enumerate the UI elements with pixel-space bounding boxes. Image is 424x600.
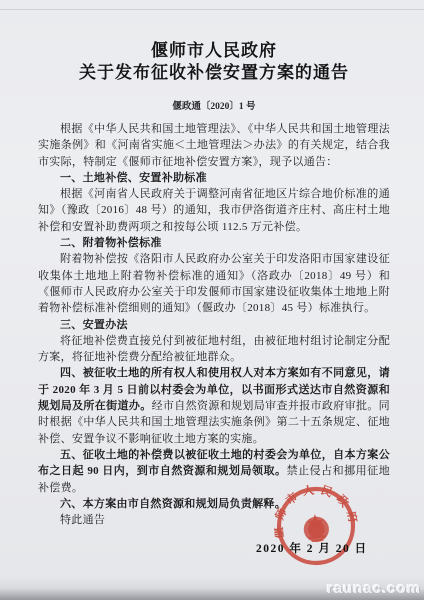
title-line-2: 关于发布征收补偿安置方案的通告	[38, 62, 390, 84]
paragraph-text: 将征地补偿费直接兑付到被征地村组，由被征地村组讨论制定分配方案，将征地补偿费分配…	[38, 335, 390, 363]
seal-emblem-icon	[302, 513, 330, 543]
document-number: 偃政通〔2020〕1 号	[38, 98, 390, 112]
document-content: 偃师市人民政府 关于发布征收补偿安置方案的通告 偃政通〔2020〕1 号 根据《…	[38, 40, 390, 528]
title-line-1: 偃师市人民政府	[38, 40, 390, 62]
paragraph-text: 六、本方案由市自然资源和规划局负责解释。	[60, 498, 286, 510]
document-date: 2020 年 2 月 20 日	[256, 540, 368, 556]
paragraph-text: 三、安置办法	[60, 319, 128, 331]
government-seal: 偃师市人民政府	[270, 480, 362, 572]
document-title: 偃师市人民政府 关于发布征收补偿安置方案的通告	[38, 40, 390, 84]
paragraph: 四、被征收土地的所有权人和使用权人对本方案如有不同意见，请于 2020 年 3 …	[38, 365, 390, 446]
paragraph-text: 根据《河南省人民政府关于调整河南省征地区片综合地价标准的通知》（豫政〔2016〕…	[38, 188, 390, 233]
scanned-document-page: 偃师市人民政府 关于发布征收补偿安置方案的通告 偃政通〔2020〕1 号 根据《…	[0, 0, 424, 600]
paragraph-text: 附着物补偿按《洛阳市人民政府办公室关于印发洛阳市国家建设征收集体土地地上附着物补…	[38, 253, 390, 314]
watermark-text: raunac.com	[327, 580, 421, 597]
paragraph: 将征地补偿费直接兑付到被征地村组，由被征地村组讨论制定分配方案，将征地补偿费分配…	[38, 333, 390, 366]
seal-icon: 偃师市人民政府	[270, 480, 362, 572]
paragraph: 一、土地补偿、安置补助标准	[38, 170, 390, 186]
paragraph-text: 二、附着物补偿标准	[60, 237, 162, 249]
paragraph-text: 根据《中华人民共和国土地管理法》、《中华人民共和国土地管理法实施条例》和《河南省…	[38, 123, 390, 168]
paragraph: 二、附着物补偿标准	[38, 235, 390, 251]
document-paragraphs: 根据《中华人民共和国土地管理法》、《中华人民共和国土地管理法实施条例》和《河南省…	[38, 121, 390, 528]
paragraph: 三、安置办法	[38, 317, 390, 333]
paragraph-text: 一、土地补偿、安置补助标准	[60, 172, 207, 184]
paragraph: 附着物补偿按《洛阳市人民政府办公室关于印发洛阳市国家建设征收集体土地地上附着物补…	[38, 251, 390, 316]
paragraph-text: 特此通告	[60, 514, 105, 526]
paragraph: 根据《中华人民共和国土地管理法》、《中华人民共和国土地管理法实施条例》和《河南省…	[38, 121, 390, 170]
paragraph: 根据《河南省人民政府关于调整河南省征地区片综合地价标准的通知》（豫政〔2016〕…	[38, 186, 390, 235]
